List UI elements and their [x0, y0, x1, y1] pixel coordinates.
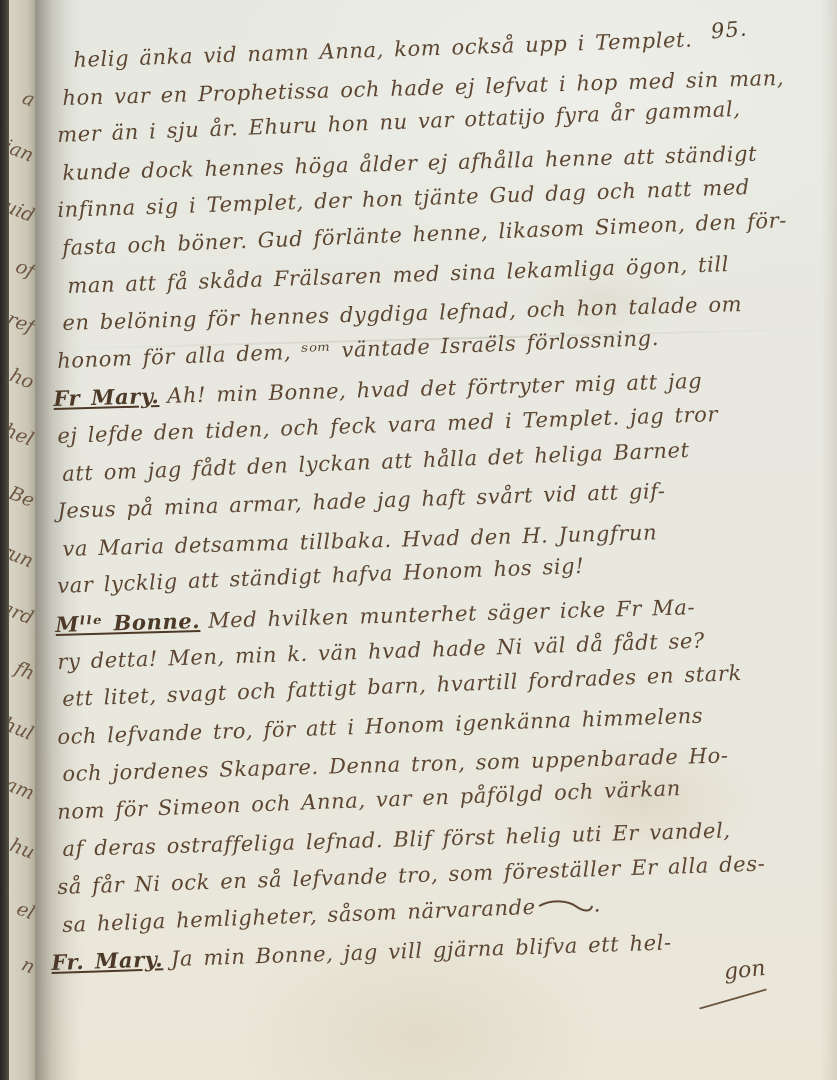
- speaker-label: Fr. Mary.: [51, 947, 163, 976]
- margin-fragment: hel: [9, 419, 35, 450]
- flourish-stroke: [537, 897, 594, 917]
- margin-fragment: a: [19, 87, 35, 112]
- speaker-label: Fr Mary.: [53, 383, 159, 411]
- manuscript-text-block: helig änka vid namn Anna, kom också upp …: [58, 42, 828, 982]
- margin-fragment: am: [9, 773, 35, 804]
- margin-fragment: ref: [9, 308, 35, 339]
- catchword-flourish: [699, 988, 767, 1009]
- speaker-label: Mˡˡᵉ Bonne.: [55, 608, 200, 637]
- margin-fragment: of: [12, 255, 35, 282]
- margin-fragment: n: [18, 954, 35, 979]
- margin-fragment: uid: [9, 195, 35, 227]
- line-text: Ja min Bonne, jag vill gjärna blifva ett…: [171, 931, 672, 972]
- margin-fragment: run: [9, 540, 35, 573]
- margin-fragment: hul: [9, 713, 35, 745]
- catchword: gon: [723, 956, 767, 985]
- book-binding-edge: [0, 0, 9, 1080]
- facing-page-edge: a ian uid of ref ho hel Be run ard fh hu…: [9, 0, 35, 1080]
- margin-fragment: ho: [9, 364, 35, 393]
- margin-fragment: hu: [9, 834, 35, 864]
- margin-fragment: ard: [9, 597, 35, 630]
- line-text: .: [593, 892, 601, 916]
- manuscript-scan: a ian uid of ref ho hel Be run ard fh hu…: [0, 0, 837, 1080]
- margin-fragment: Be: [9, 482, 35, 512]
- margin-fragment: ian: [9, 135, 35, 167]
- margin-fragment: fh: [11, 657, 35, 685]
- margin-fragment: el: [13, 898, 35, 925]
